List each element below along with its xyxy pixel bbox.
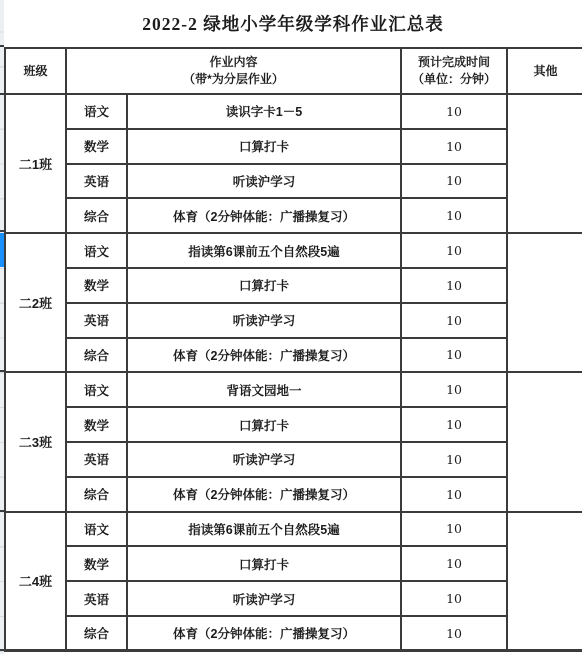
table-row: 二2班 语文 指读第6课前五个自然段5遍 10 <box>5 233 582 268</box>
time-cell[interactable]: 10 <box>401 303 507 338</box>
header-time-line2: （单位：分钟） <box>402 71 506 88</box>
time-cell[interactable]: 10 <box>401 477 507 512</box>
content-cell[interactable]: 口算打卡 <box>127 407 401 442</box>
content-cell[interactable]: 听读沪学习 <box>127 442 401 477</box>
subject-cell[interactable]: 综合 <box>66 616 127 651</box>
subject-cell[interactable]: 数学 <box>66 546 127 581</box>
other-cell[interactable] <box>507 512 582 651</box>
table-row: 数学 口算打卡 10 <box>5 407 582 442</box>
subject-cell[interactable]: 语文 <box>66 512 127 547</box>
time-cell[interactable]: 10 <box>401 164 507 199</box>
header-content-line2: （带*为分层作业） <box>67 71 400 88</box>
table-row: 综合 体育（2分钟体能：广播操复习） 10 <box>5 198 582 233</box>
subject-cell[interactable]: 综合 <box>66 198 127 233</box>
time-cell[interactable]: 10 <box>401 94 507 129</box>
content-cell[interactable]: 听读沪学习 <box>127 164 401 199</box>
subject-cell[interactable]: 英语 <box>66 581 127 616</box>
content-cell[interactable]: 体育（2分钟体能：广播操复习） <box>127 338 401 373</box>
time-cell[interactable]: 10 <box>401 407 507 442</box>
subject-cell[interactable]: 数学 <box>66 268 127 303</box>
class-cell[interactable]: 二4班 <box>5 512 66 651</box>
class-cell[interactable]: 二3班 <box>5 372 66 511</box>
time-cell[interactable]: 10 <box>401 546 507 581</box>
time-cell[interactable]: 10 <box>401 581 507 616</box>
content-cell[interactable]: 体育（2分钟体能：广播操复习） <box>127 198 401 233</box>
table-row: 综合 体育（2分钟体能：广播操复习） 10 <box>5 477 582 512</box>
subject-cell[interactable]: 综合 <box>66 338 127 373</box>
content-cell[interactable]: 读识字卡1－5 <box>127 94 401 129</box>
table-row: 二3班 语文 背语文园地一 10 <box>5 372 582 407</box>
table-row: 英语 听读沪学习 10 <box>5 442 582 477</box>
homework-summary-table: 班级 作业内容 （带*为分层作业） 预计完成时间 （单位：分钟） 其他 二1班 <box>4 47 582 652</box>
header-content-line1: 作业内容 <box>67 54 400 71</box>
class-cell[interactable]: 二1班 <box>5 94 66 233</box>
content-cell[interactable]: 口算打卡 <box>127 129 401 164</box>
table-row: 综合 体育（2分钟体能：广播操复习） 10 <box>5 616 582 651</box>
content-cell[interactable]: 听读沪学习 <box>127 303 401 338</box>
subject-cell[interactable]: 语文 <box>66 233 127 268</box>
table-row: 综合 体育（2分钟体能：广播操复习） 10 <box>5 338 582 373</box>
time-cell[interactable]: 10 <box>401 512 507 547</box>
time-cell[interactable]: 10 <box>401 616 507 651</box>
subject-cell[interactable]: 英语 <box>66 164 127 199</box>
table-row: 二4班 语文 指读第6课前五个自然段5遍 10 <box>5 512 582 547</box>
time-cell[interactable]: 10 <box>401 268 507 303</box>
subject-cell[interactable]: 语文 <box>66 94 127 129</box>
header-other[interactable]: 其他 <box>507 48 582 94</box>
header-time[interactable]: 预计完成时间 （单位：分钟） <box>401 48 507 94</box>
other-cell[interactable] <box>507 372 582 511</box>
header-content[interactable]: 作业内容 （带*为分层作业） <box>66 48 401 94</box>
time-cell[interactable]: 10 <box>401 233 507 268</box>
other-cell[interactable] <box>507 94 582 233</box>
subject-cell[interactable]: 综合 <box>66 477 127 512</box>
time-cell[interactable]: 10 <box>401 129 507 164</box>
table-row: 英语 听读沪学习 10 <box>5 164 582 199</box>
content-cell[interactable]: 口算打卡 <box>127 546 401 581</box>
table-row: 英语 听读沪学习 10 <box>5 581 582 616</box>
subject-cell[interactable]: 数学 <box>66 407 127 442</box>
sheet-viewport: 2022-2 绿地小学年级学科作业汇总表 班级 作业内容 （带*为分层作业） 预… <box>0 0 582 654</box>
page-title: 2022-2 绿地小学年级学科作业汇总表 <box>4 0 582 47</box>
content-cell[interactable]: 体育（2分钟体能：广播操复习） <box>127 477 401 512</box>
subject-cell[interactable]: 语文 <box>66 372 127 407</box>
class-cell[interactable]: 二2班 <box>5 233 66 372</box>
header-time-line1: 预计完成时间 <box>402 54 506 71</box>
time-cell[interactable]: 10 <box>401 442 507 477</box>
header-class[interactable]: 班级 <box>5 48 66 94</box>
content-cell[interactable]: 听读沪学习 <box>127 581 401 616</box>
table-row: 数学 口算打卡 10 <box>5 268 582 303</box>
subject-cell[interactable]: 英语 <box>66 442 127 477</box>
time-cell[interactable]: 10 <box>401 338 507 373</box>
content-cell[interactable]: 口算打卡 <box>127 268 401 303</box>
time-cell[interactable]: 10 <box>401 198 507 233</box>
content-cell[interactable]: 背语文园地一 <box>127 372 401 407</box>
subject-cell[interactable]: 数学 <box>66 129 127 164</box>
table-row: 数学 口算打卡 10 <box>5 546 582 581</box>
table-row: 英语 听读沪学习 10 <box>5 303 582 338</box>
content-cell[interactable]: 体育（2分钟体能：广播操复习） <box>127 616 401 651</box>
content-cell[interactable]: 指读第6课前五个自然段5遍 <box>127 233 401 268</box>
content-cell[interactable]: 指读第6课前五个自然段5遍 <box>127 512 401 547</box>
table-row: 数学 口算打卡 10 <box>5 129 582 164</box>
table-row: 二1班 语文 读识字卡1－5 10 <box>5 94 582 129</box>
header-row: 班级 作业内容 （带*为分层作业） 预计完成时间 （单位：分钟） 其他 <box>5 48 582 94</box>
time-cell[interactable]: 10 <box>401 372 507 407</box>
other-cell[interactable] <box>507 233 582 372</box>
subject-cell[interactable]: 英语 <box>66 303 127 338</box>
